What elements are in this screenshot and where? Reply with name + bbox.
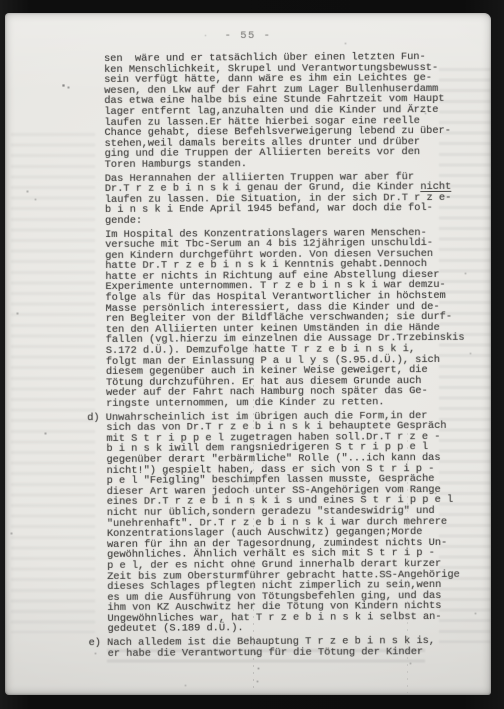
text-line: Toren Hamburgs standen. xyxy=(105,158,479,171)
paragraph: e) Nach alledem ist die Behauptung T r z… xyxy=(108,636,482,659)
document-page: - 55 - sen wäre und er tatsächlich über … xyxy=(5,13,491,695)
page-number: - 55 - xyxy=(5,30,491,42)
text-line: ringste unternommen, um die Kinder zu re… xyxy=(106,397,480,410)
bleed-through-ghost-text-left xyxy=(11,133,95,633)
paper-speckles xyxy=(5,13,6,14)
scan-background: - 55 - sen wäre und er tatsächlich über … xyxy=(0,0,504,709)
paragraph: sen wäre und er tatsächlich über einen l… xyxy=(104,52,479,171)
paragraph: Das Herannahen der alliierten Truppen wa… xyxy=(105,171,479,226)
paragraph: d) Unwahrscheinlich ist im übrigen auch … xyxy=(106,410,481,635)
text-line: er habe die Verantwortung für die Tötung… xyxy=(108,646,482,659)
typewritten-text-body: sen wäre und er tatsächlich über einen l… xyxy=(104,52,482,660)
text-line: gedeutet (S.189 d.Ü.). xyxy=(107,622,481,635)
text-line: b i n s k i Ende April 1945 befand, war … xyxy=(105,203,479,216)
paragraph: Im Hospital des Konzentrationslagers war… xyxy=(105,227,480,409)
